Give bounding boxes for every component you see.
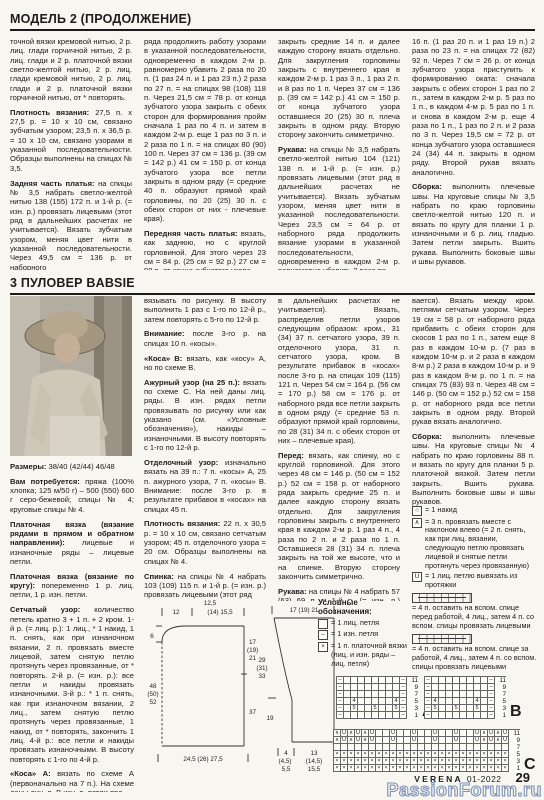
chart-cell [351, 684, 358, 691]
svg-text:52: 52 [149, 699, 157, 706]
chart-cell: 5 [432, 705, 439, 712]
paragraph: Внимание: после 3-го р. на спицах 10 п. … [144, 329, 266, 348]
chart-cell: – [425, 698, 432, 705]
chart-cell: × [355, 758, 362, 765]
svg-text:24,5 (26) 27,5: 24,5 (26) 27,5 [183, 756, 223, 763]
chart-cell [397, 744, 404, 751]
watermark: PassionForum.ru [386, 780, 542, 800]
chart-cell: × [348, 751, 355, 758]
chart-cell [358, 684, 365, 691]
chart-cell: × [460, 751, 467, 758]
chart-cell [372, 684, 379, 691]
chart-cell [351, 691, 358, 698]
chart-cell: ∧ [348, 730, 355, 737]
chart-row-label: 7 [495, 691, 506, 698]
chart-cell: × [404, 765, 411, 772]
chart-cell: × [341, 751, 348, 758]
chart-cell [474, 712, 481, 719]
chart-cell [372, 698, 379, 705]
chart-cell: × [376, 758, 383, 765]
yo-symbol-icon: ○ [412, 506, 422, 516]
chart-cell: ∧ [495, 737, 502, 744]
legend-item: = 4 п. оставить на вспом. спице перед ра… [412, 593, 537, 631]
chart-cell [379, 677, 386, 684]
paragraph: Ажурный узор (на 25 п.): вязать по схеме… [144, 378, 266, 453]
chart-cell: × [334, 765, 341, 772]
svg-text:5,5: 5,5 [282, 766, 291, 773]
chart-cell [386, 677, 393, 684]
chart-cell: × [502, 758, 509, 765]
paragraph: Вам потребуется: пряжа (100% хлопка; 125… [10, 477, 134, 514]
chart-cell: × [495, 758, 502, 765]
chart-cell [432, 677, 439, 684]
chart-cell [439, 712, 446, 719]
chart-cell [481, 691, 488, 698]
chart-row-label: 11 [509, 730, 520, 737]
chart-cell: × [369, 751, 376, 758]
chart-cell [439, 684, 446, 691]
chart-cell [404, 730, 411, 737]
svg-text:12: 12 [172, 609, 180, 616]
chart-cell: U [390, 730, 397, 737]
schematic-body: 12,5 12 (14) 15,5 6 17 (19) 21 48 (50) 5… [146, 596, 258, 770]
legend-item: = 4 п. оставить на вспом. спице за работ… [412, 634, 537, 672]
chart-cell: × [425, 758, 432, 765]
chart-cell [334, 744, 341, 751]
chart-cell [446, 691, 453, 698]
chart-cell [365, 684, 372, 691]
chart-cell: × [362, 758, 369, 765]
chart-cell [379, 705, 386, 712]
chart-cell [369, 744, 376, 751]
chart-cell [376, 744, 383, 751]
chart-cell: – [488, 684, 495, 691]
chart-cell: U [411, 737, 418, 744]
chart-cell [425, 730, 432, 737]
svg-text:19: 19 [266, 715, 274, 722]
chart-cell [344, 698, 351, 705]
chart-row-label: 3 [407, 705, 418, 712]
chart-cell [446, 744, 453, 751]
chart-cell: × [481, 758, 488, 765]
chart-cell: – [337, 698, 344, 705]
dash-symbol-icon: – [318, 630, 328, 640]
chart-cell: × [369, 758, 376, 765]
paragraph: Платочная вязка (вязание по кругу): попе… [10, 572, 134, 600]
chart-cell [439, 744, 446, 751]
m1-symbol-icon: U [412, 572, 422, 582]
legend-item: –= 1 изн. петля [318, 630, 410, 640]
chart-cell: × [481, 751, 488, 758]
chart-cell [351, 677, 358, 684]
svg-text:(31): (31) [256, 665, 267, 672]
svg-text:13: 13 [310, 750, 318, 757]
chart-cell [460, 705, 467, 712]
chart-row-label: 5 [495, 698, 506, 705]
paragraph: Платочная вязка (вязание рядами в прямом… [10, 520, 134, 567]
chart-cell [446, 684, 453, 691]
chart-cell [460, 712, 467, 719]
section-title: МОДЕЛЬ 2 (ПРОДОЛЖЕНИЕ) [10, 12, 191, 26]
chart-cell [344, 712, 351, 719]
chart-cell [460, 730, 467, 737]
chart-cell: 5 [372, 705, 379, 712]
chart-cell [393, 691, 400, 698]
chart-cell: × [495, 751, 502, 758]
chart-cell: – [425, 705, 432, 712]
svg-text:(4,5): (4,5) [279, 758, 292, 765]
chart-cell [460, 684, 467, 691]
chart-cell [460, 737, 467, 744]
chart-cell [358, 712, 365, 719]
chart-cell [397, 737, 404, 744]
garter-symbol-icon: × [318, 642, 328, 652]
chart-cell: – [425, 677, 432, 684]
chart-cell [453, 744, 460, 751]
cable-front-icon [412, 593, 472, 603]
chart-cell: × [355, 751, 362, 758]
chart-cell [390, 744, 397, 751]
chart-cell: U [369, 737, 376, 744]
chart-cell: ∧ [362, 737, 369, 744]
chart-cell: U [411, 730, 418, 737]
text-column-4: 16 п. (1 раз 20 п. и 1 раз 19 п.) 2 раза… [412, 37, 535, 270]
chart-cell [386, 684, 393, 691]
chart-cell: – [488, 705, 495, 712]
legend-title: Условные обозначения: [318, 598, 410, 616]
chart-cell: ∧ [481, 737, 488, 744]
chart-row-label: 11 [495, 677, 506, 684]
chart-cell [439, 691, 446, 698]
chart-cell [439, 737, 446, 744]
chart-cell: U [355, 737, 362, 744]
chart-cell [372, 691, 379, 698]
svg-text:17 (19) 21: 17 (19) 21 [290, 607, 319, 614]
chart-cell: × [341, 765, 348, 772]
chart-cell [467, 684, 474, 691]
chart-cell: ∧ [334, 730, 341, 737]
skp-symbol-icon: ∧ [412, 518, 422, 528]
chart-cell [376, 737, 383, 744]
svg-text:6: 6 [150, 633, 154, 640]
chart-cell: × [432, 758, 439, 765]
chart-letter: B [510, 705, 522, 719]
chart-cell [358, 677, 365, 684]
chart-cell: × [432, 751, 439, 758]
chart-b: ––11––9––7–44–5–555–3––1B [424, 676, 522, 719]
chart-cell [386, 691, 393, 698]
chart-cell: U [390, 737, 397, 744]
chart-row-label: 11 [407, 677, 418, 684]
legend-item: ○= 1 накид [412, 506, 537, 516]
chart-cell: × [397, 758, 404, 765]
chart-cell: – [400, 691, 407, 698]
chart-cell: × [474, 751, 481, 758]
chart-cell [379, 684, 386, 691]
text-column-5: Размеры: 38/40 (42/44) 46/48Вам потребуе… [10, 462, 134, 792]
chart-cell: – [488, 698, 495, 705]
paragraph: «Коса» А: вязать по схеме А (первоначаль… [10, 769, 134, 792]
chart-cell [481, 712, 488, 719]
chart-cell: × [446, 751, 453, 758]
chart-cell: – [425, 712, 432, 719]
chart-cell: × [502, 751, 509, 758]
chart-cell: 5 [453, 705, 460, 712]
chart-cell [404, 737, 411, 744]
chart-cell [481, 684, 488, 691]
chart-cell: × [362, 751, 369, 758]
chart-cell: – [337, 691, 344, 698]
chart-cell: – [400, 684, 407, 691]
chart-cell: 5 [393, 705, 400, 712]
chart-cell [411, 744, 418, 751]
chart-cell: U [355, 730, 362, 737]
chart-cell [453, 712, 460, 719]
chart-cell: × [334, 758, 341, 765]
chart-cell [481, 698, 488, 705]
chart-cell [418, 737, 425, 744]
svg-text:12,5: 12,5 [204, 600, 217, 607]
chart-cell [376, 730, 383, 737]
svg-text:(14,5): (14,5) [306, 758, 322, 765]
svg-text:(50): (50) [147, 691, 158, 698]
chart-cell [453, 684, 460, 691]
paragraph: вязывать по рисунку. В высоту выполнить … [144, 296, 266, 324]
chart-cell [474, 677, 481, 684]
chart-row-label: 7 [407, 691, 418, 698]
paragraph: вается). Вязать между кром. петлями сетч… [412, 296, 535, 427]
chart-cell: × [474, 758, 481, 765]
section-header-babsie: 3 ПУЛОВЕР BABSIE [10, 276, 535, 295]
chart-cell [481, 705, 488, 712]
chart-cell: U [474, 737, 481, 744]
chart-cell [358, 691, 365, 698]
chart-cell [474, 684, 481, 691]
chart-cell: U [432, 730, 439, 737]
paragraph: Сборка: выполнить плечевые швы. На круго… [412, 432, 535, 507]
chart-cell: × [334, 751, 341, 758]
chart-cell [446, 737, 453, 744]
chart-cell [344, 684, 351, 691]
chart-cell [344, 677, 351, 684]
paragraph: в дальнейших расчетах не учитывается). В… [278, 296, 400, 445]
chart-cell [488, 744, 495, 751]
chart-cell [425, 737, 432, 744]
text-column-6: вязывать по рисунку. В высоту выполнить … [144, 296, 266, 601]
chart-cell [467, 691, 474, 698]
model-photo [10, 296, 132, 456]
chart-cell [502, 744, 509, 751]
chart-cell: × [348, 765, 355, 772]
legend-item: = 1 лиц. петля [318, 619, 410, 629]
chart-cell: 4 [474, 698, 481, 705]
paragraph: Отделочный узор: изначально вязать на 39… [144, 458, 266, 514]
chart-cell [344, 691, 351, 698]
chart-row-label: 1 [495, 712, 506, 719]
chart-cell [383, 744, 390, 751]
chart-cell: U [432, 737, 439, 744]
chart-cell [467, 737, 474, 744]
chart-row-label: 3 [495, 705, 506, 712]
chart-cell [365, 698, 372, 705]
chart-cell: U [453, 730, 460, 737]
chart-a: ––11––9––7–44–5–555–3––1A [336, 676, 434, 719]
chart-cell: × [404, 758, 411, 765]
paragraph: Плотность вязания: 22 п. х 30,5 р. = 10 … [144, 519, 266, 566]
magazine-page: МОДЕЛЬ 2 (ПРОДОЛЖЕНИЕ) точной вязки крем… [0, 0, 544, 800]
chart-cell: – [337, 684, 344, 691]
chart-cell [383, 737, 390, 744]
chart-cell: × [488, 758, 495, 765]
chart-cell: 5 [351, 705, 358, 712]
chart-cell [386, 712, 393, 719]
chart-cell: 4 [432, 698, 439, 705]
chart-cell [460, 677, 467, 684]
chart-cell: × [355, 765, 362, 772]
chart-cell: U [488, 730, 495, 737]
chart-cell: × [376, 765, 383, 772]
chart-cell: × [460, 758, 467, 765]
chart-cell: – [488, 712, 495, 719]
chart-cell: × [404, 751, 411, 758]
chart-cell: U [369, 730, 376, 737]
chart-cell: × [397, 751, 404, 758]
chart-cell [467, 677, 474, 684]
cable-back-icon [412, 634, 472, 644]
chart-cell: 4 [393, 698, 400, 705]
paragraph: точной вязки кремовой нитью, 2 р. лиц. г… [10, 37, 132, 102]
chart-cell [365, 677, 372, 684]
chart-cell [446, 698, 453, 705]
chart-row-label: 3 [509, 758, 520, 765]
svg-text:33: 33 [258, 673, 266, 680]
chart-cell [379, 691, 386, 698]
chart-cell [467, 712, 474, 719]
paragraph: Размеры: 38/40 (42/44) 46/48 [10, 462, 134, 471]
chart-cell: × [488, 751, 495, 758]
paragraph: ряда продолжить работу узорами в указанн… [144, 37, 266, 224]
chart-cell: × [369, 765, 376, 772]
chart-cell [404, 744, 411, 751]
chart-cell [432, 691, 439, 698]
chart-cell: U [488, 737, 495, 744]
chart-cell: ∧ [334, 737, 341, 744]
chart-cell: × [411, 758, 418, 765]
chart-cell [460, 691, 467, 698]
paragraph: Перед: вязать, как спинку, но с круглой … [278, 451, 400, 582]
empty-symbol-icon [318, 619, 328, 629]
chart-cell: 4 [351, 698, 358, 705]
chart-cell [355, 744, 362, 751]
chart-cell [351, 712, 358, 719]
chart-cell [365, 691, 372, 698]
legend-left: Условные обозначения: = 1 лиц. петля–= 1… [318, 598, 410, 670]
chart-cell: × [467, 758, 474, 765]
chart-cell: × [348, 758, 355, 765]
chart-row-label: 9 [509, 737, 520, 744]
chart-cell [453, 677, 460, 684]
svg-text:15,5: 15,5 [308, 766, 321, 773]
chart-cell [439, 698, 446, 705]
chart-cell [446, 705, 453, 712]
chart-cell: × [418, 758, 425, 765]
chart-cell [397, 730, 404, 737]
chart-cell [362, 744, 369, 751]
paragraph: Сборка: выполнить плечевые швы. На круго… [412, 182, 535, 266]
chart-row-label: 5 [407, 698, 418, 705]
chart-cell: ∧ [495, 730, 502, 737]
chart-cell [453, 698, 460, 705]
chart-cell: U [502, 737, 509, 744]
text-column-7: в дальнейших расчетах не учитывается). В… [278, 296, 400, 601]
chart-cell: × [397, 765, 404, 772]
chart-cell: × [439, 751, 446, 758]
chart-cell: – [488, 691, 495, 698]
chart-row-label: 1 [407, 712, 418, 719]
chart-cell [425, 744, 432, 751]
chart-cell [474, 691, 481, 698]
chart-cell [467, 730, 474, 737]
legend-item: ∧= 3 п. провязать вместе с наклоном влев… [412, 518, 537, 571]
chart-cell [432, 684, 439, 691]
chart-cell [358, 705, 365, 712]
chart-cell [386, 698, 393, 705]
svg-text:48: 48 [149, 683, 157, 690]
chart-cell [418, 730, 425, 737]
chart-cell [432, 744, 439, 751]
chart-cell: × [418, 751, 425, 758]
chart-cell [393, 684, 400, 691]
chart-cell: U [453, 737, 460, 744]
chart-cell: ∧ [481, 730, 488, 737]
chart-cell [358, 698, 365, 705]
chart-cell [467, 698, 474, 705]
chart-cell [379, 712, 386, 719]
chart-cell [446, 677, 453, 684]
chart-cell: ∧ [348, 737, 355, 744]
chart-cell [432, 712, 439, 719]
chart-cell: × [439, 758, 446, 765]
legend-item: ×= 1 п. платочной вязки (лиц. и изн. ряд… [318, 642, 410, 669]
chart-cell: U [341, 737, 348, 744]
chart-row-label: 9 [495, 684, 506, 691]
chart-cell: ∧ [362, 730, 369, 737]
chart-cell [446, 730, 453, 737]
chart-cell [372, 712, 379, 719]
chart-c: ∧U∧U∧UUUUUU∧U∧U11∧U∧U∧UUUUUU∧U∧U97××××××… [333, 729, 536, 772]
chart-cell: – [488, 677, 495, 684]
text-column-3: закрыть средние 14 п. и далее каждую сто… [278, 37, 400, 270]
chart-cell [467, 705, 474, 712]
paragraph: Рукава: на спицы № 3,5 набрать светло-же… [278, 145, 400, 270]
legend-right: ○= 1 накид∧= 3 п. провязать вместе с нак… [412, 506, 537, 673]
chart-cell: – [400, 677, 407, 684]
chart-cell: × [383, 765, 390, 772]
legend-item: U= 1 лиц. петлю вывязать из протяжки [412, 572, 537, 590]
chart-cell: – [400, 712, 407, 719]
chart-cell [393, 712, 400, 719]
svg-text:29: 29 [258, 657, 266, 664]
chart-cell [467, 744, 474, 751]
chart-cell [418, 744, 425, 751]
paragraph: Сетчатый узор: количество петель кратно … [10, 605, 134, 764]
chart-cell: × [383, 758, 390, 765]
chart-cell [446, 712, 453, 719]
section-header-model2: МОДЕЛЬ 2 (ПРОДОЛЖЕНИЕ) [10, 12, 535, 31]
chart-cell [365, 712, 372, 719]
chart-cell [341, 744, 348, 751]
chart-cell: – [337, 677, 344, 684]
